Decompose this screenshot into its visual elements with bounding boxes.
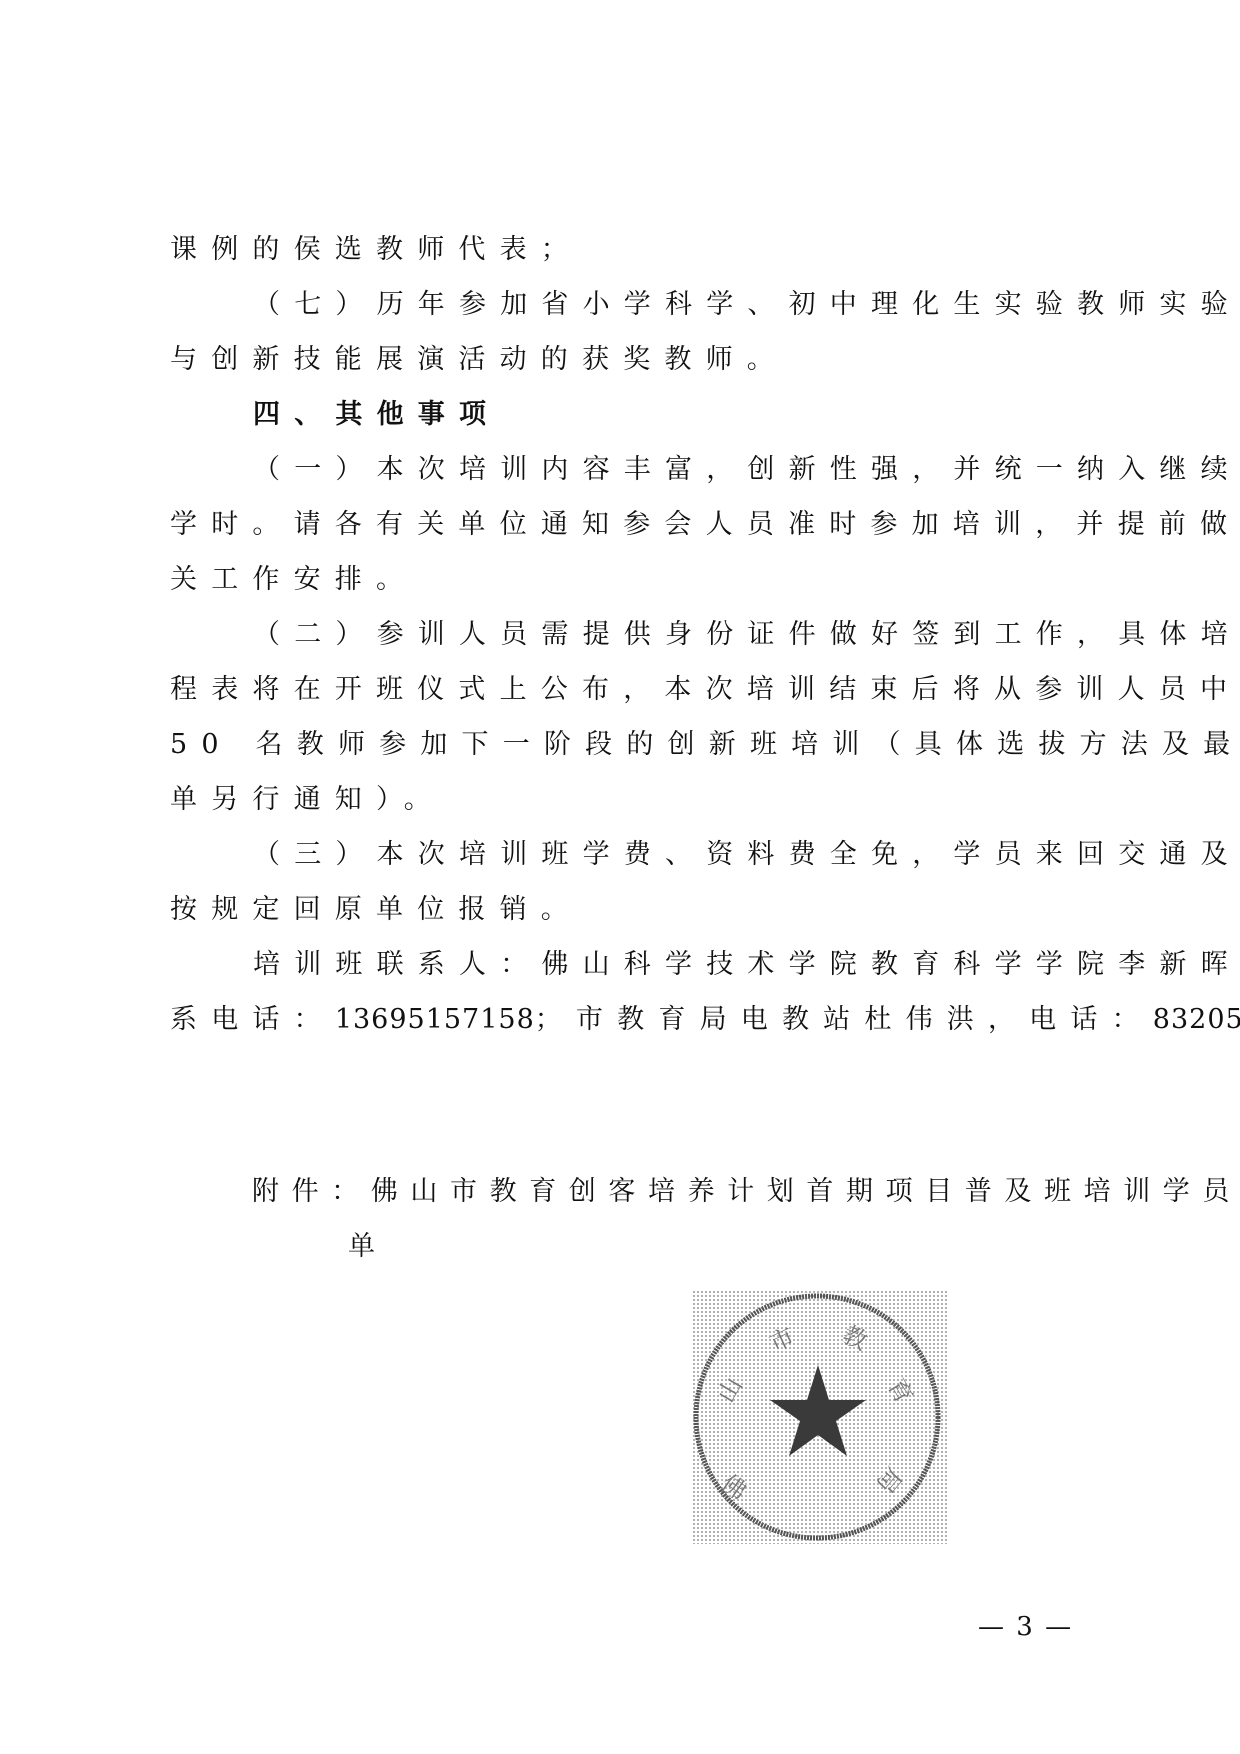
star-icon [770, 1365, 866, 1456]
svg-text:局: 局 [871, 1462, 908, 1498]
document-page: 课例的侯选教师代表； （七）历年参加省小学科学、初中理化生实验教师实验操作 与创… [0, 0, 1240, 1754]
list-item-two: （二）参训人员需提供身份证件做好签到工作，具体培训课 [170, 607, 1090, 662]
section-heading: 四、其他事项 [170, 387, 1090, 442]
attachment-note: 附件：佛山市教育创客培养计划首期项目普及班培训学员名 单 [252, 1164, 1112, 1274]
svg-text:教: 教 [838, 1320, 872, 1356]
contact-text: ；市教育局电教站杜伟洪，电话： [535, 1004, 1153, 1035]
svg-text:佛: 佛 [716, 1469, 752, 1506]
svg-text:育: 育 [882, 1374, 918, 1409]
svg-text:市: 市 [765, 1322, 799, 1358]
phone-number: 83205030 [1153, 1004, 1240, 1035]
paragraph-line: 按规定回原单位报销。 [170, 882, 1090, 937]
attachment-line: 附件：佛山市教育创客培养计划首期项目普及班培训学员名 [252, 1164, 1112, 1219]
contact-phone-line: 系电话：13695157158；市教育局电教站杜伟洪，电话：83205030。 [170, 992, 1090, 1047]
paragraph-line: 50 名教师参加下一阶段的创新班培训（具体选拔方法及最终名 [170, 717, 1090, 772]
list-item-seven: （七）历年参加省小学科学、初中理化生实验教师实验操作 [170, 277, 1090, 332]
phone-number: 13695157158 [335, 1004, 535, 1035]
paragraph-line: 关工作安排。 [170, 552, 1090, 607]
paragraph-line: 程表将在开班仪式上公布，本次培训结束后将从参训人员中选拔 [170, 662, 1090, 717]
list-item-one: （一）本次培训内容丰富，创新性强，并统一纳入继续教育 [170, 442, 1090, 497]
paragraph-line: 单另行通知）。 [170, 772, 1090, 827]
official-seal: 佛 山 市 教 育 局 [692, 1290, 948, 1544]
list-item-three: （三）本次培训班学费、资料费全免，学员来回交通及餐费 [170, 827, 1090, 882]
svg-text:山: 山 [712, 1373, 748, 1408]
paragraph-line: 与创新技能展演活动的获奖教师。 [170, 332, 1090, 387]
contact-line: 培训班联系人：佛山科学技术学院教育科学学院李新晖，联 [170, 937, 1090, 992]
paragraph-line: 课例的侯选教师代表； [170, 222, 1090, 277]
paragraph-line: 学时。请各有关单位通知参会人员准时参加培训，并提前做好相 [170, 497, 1090, 552]
document-body: 课例的侯选教师代表； （七）历年参加省小学科学、初中理化生实验教师实验操作 与创… [170, 222, 1090, 1047]
contact-label: 系电话： [170, 1004, 335, 1035]
page-number: — 3 — [978, 1612, 1073, 1642]
attachment-line: 单 [252, 1219, 1112, 1274]
